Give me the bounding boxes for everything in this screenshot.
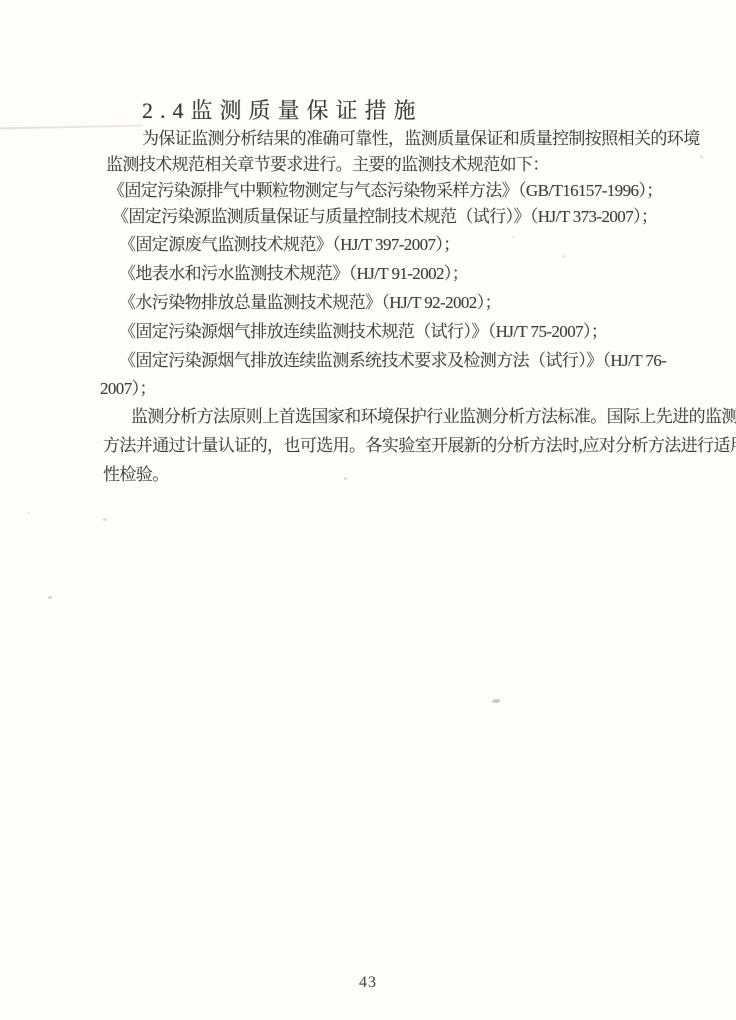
standard-item: 《固定污染源烟气排放连续监测系统技术要求及检测方法（试行）》（HJ/T 76-	[119, 346, 666, 371]
paragraph1-line2: 监测技术规范相关章节要求进行。主要的监测技术规范如下：	[106, 150, 549, 175]
scan-speck	[700, 155, 703, 158]
standard-item: 《固定源废气监测技术规范》（HJ/T 397-2007）；	[119, 230, 460, 255]
scan-speck	[492, 699, 500, 703]
scan-speck	[562, 255, 565, 258]
standard-item: 《固定污染源监测质量保证与质量控制技术规范（试行）》（HJ/T 373-2007…	[112, 202, 657, 227]
scan-speck	[103, 518, 107, 521]
scan-artifact-line	[0, 125, 143, 130]
scan-speck	[48, 596, 52, 599]
standard-item: 《水污染物排放总量监测技术规范》（HJ/T 92-2002）；	[119, 288, 501, 313]
scan-speck	[27, 512, 30, 514]
paragraph2-line3: 性检验。	[103, 460, 169, 485]
section-heading: 2.4监测质量保证措施	[142, 94, 423, 125]
standard-item: 《固定污染源烟气排放连续监测技术规范（试行）》（HJ/T 75-2007）；	[119, 317, 607, 342]
scan-speck	[344, 477, 347, 480]
standard-item-continuation: 2007）；	[100, 374, 156, 399]
page-number: 43	[0, 974, 736, 992]
paragraph2-line2: 方法并通过计量认证的，也可选用。各实验室开展新的分析方法时,应对分析方法进行适用	[103, 431, 736, 456]
standard-item: 《固定污染源排气中颗粒物测定与气态污染物采样方法》（GB/T16157-1996…	[108, 176, 663, 201]
paragraph1-line1: 为保证监测分析结果的准确可靠性，监测质量保证和质量控制按照相关的环境	[142, 124, 700, 149]
scan-speck	[512, 236, 515, 238]
standard-item: 《地表水和污水监测技术规范》（HJ/T 91-2002）；	[119, 259, 468, 284]
scanned-document-page: 2.4监测质量保证措施 为保证监测分析结果的准确可靠性，监测质量保证和质量控制按…	[0, 0, 736, 1020]
paragraph2-line1: 监测分析方法原则上首选国家和环境保护行业监测分析方法标准。国际上先进的监测	[131, 402, 736, 427]
